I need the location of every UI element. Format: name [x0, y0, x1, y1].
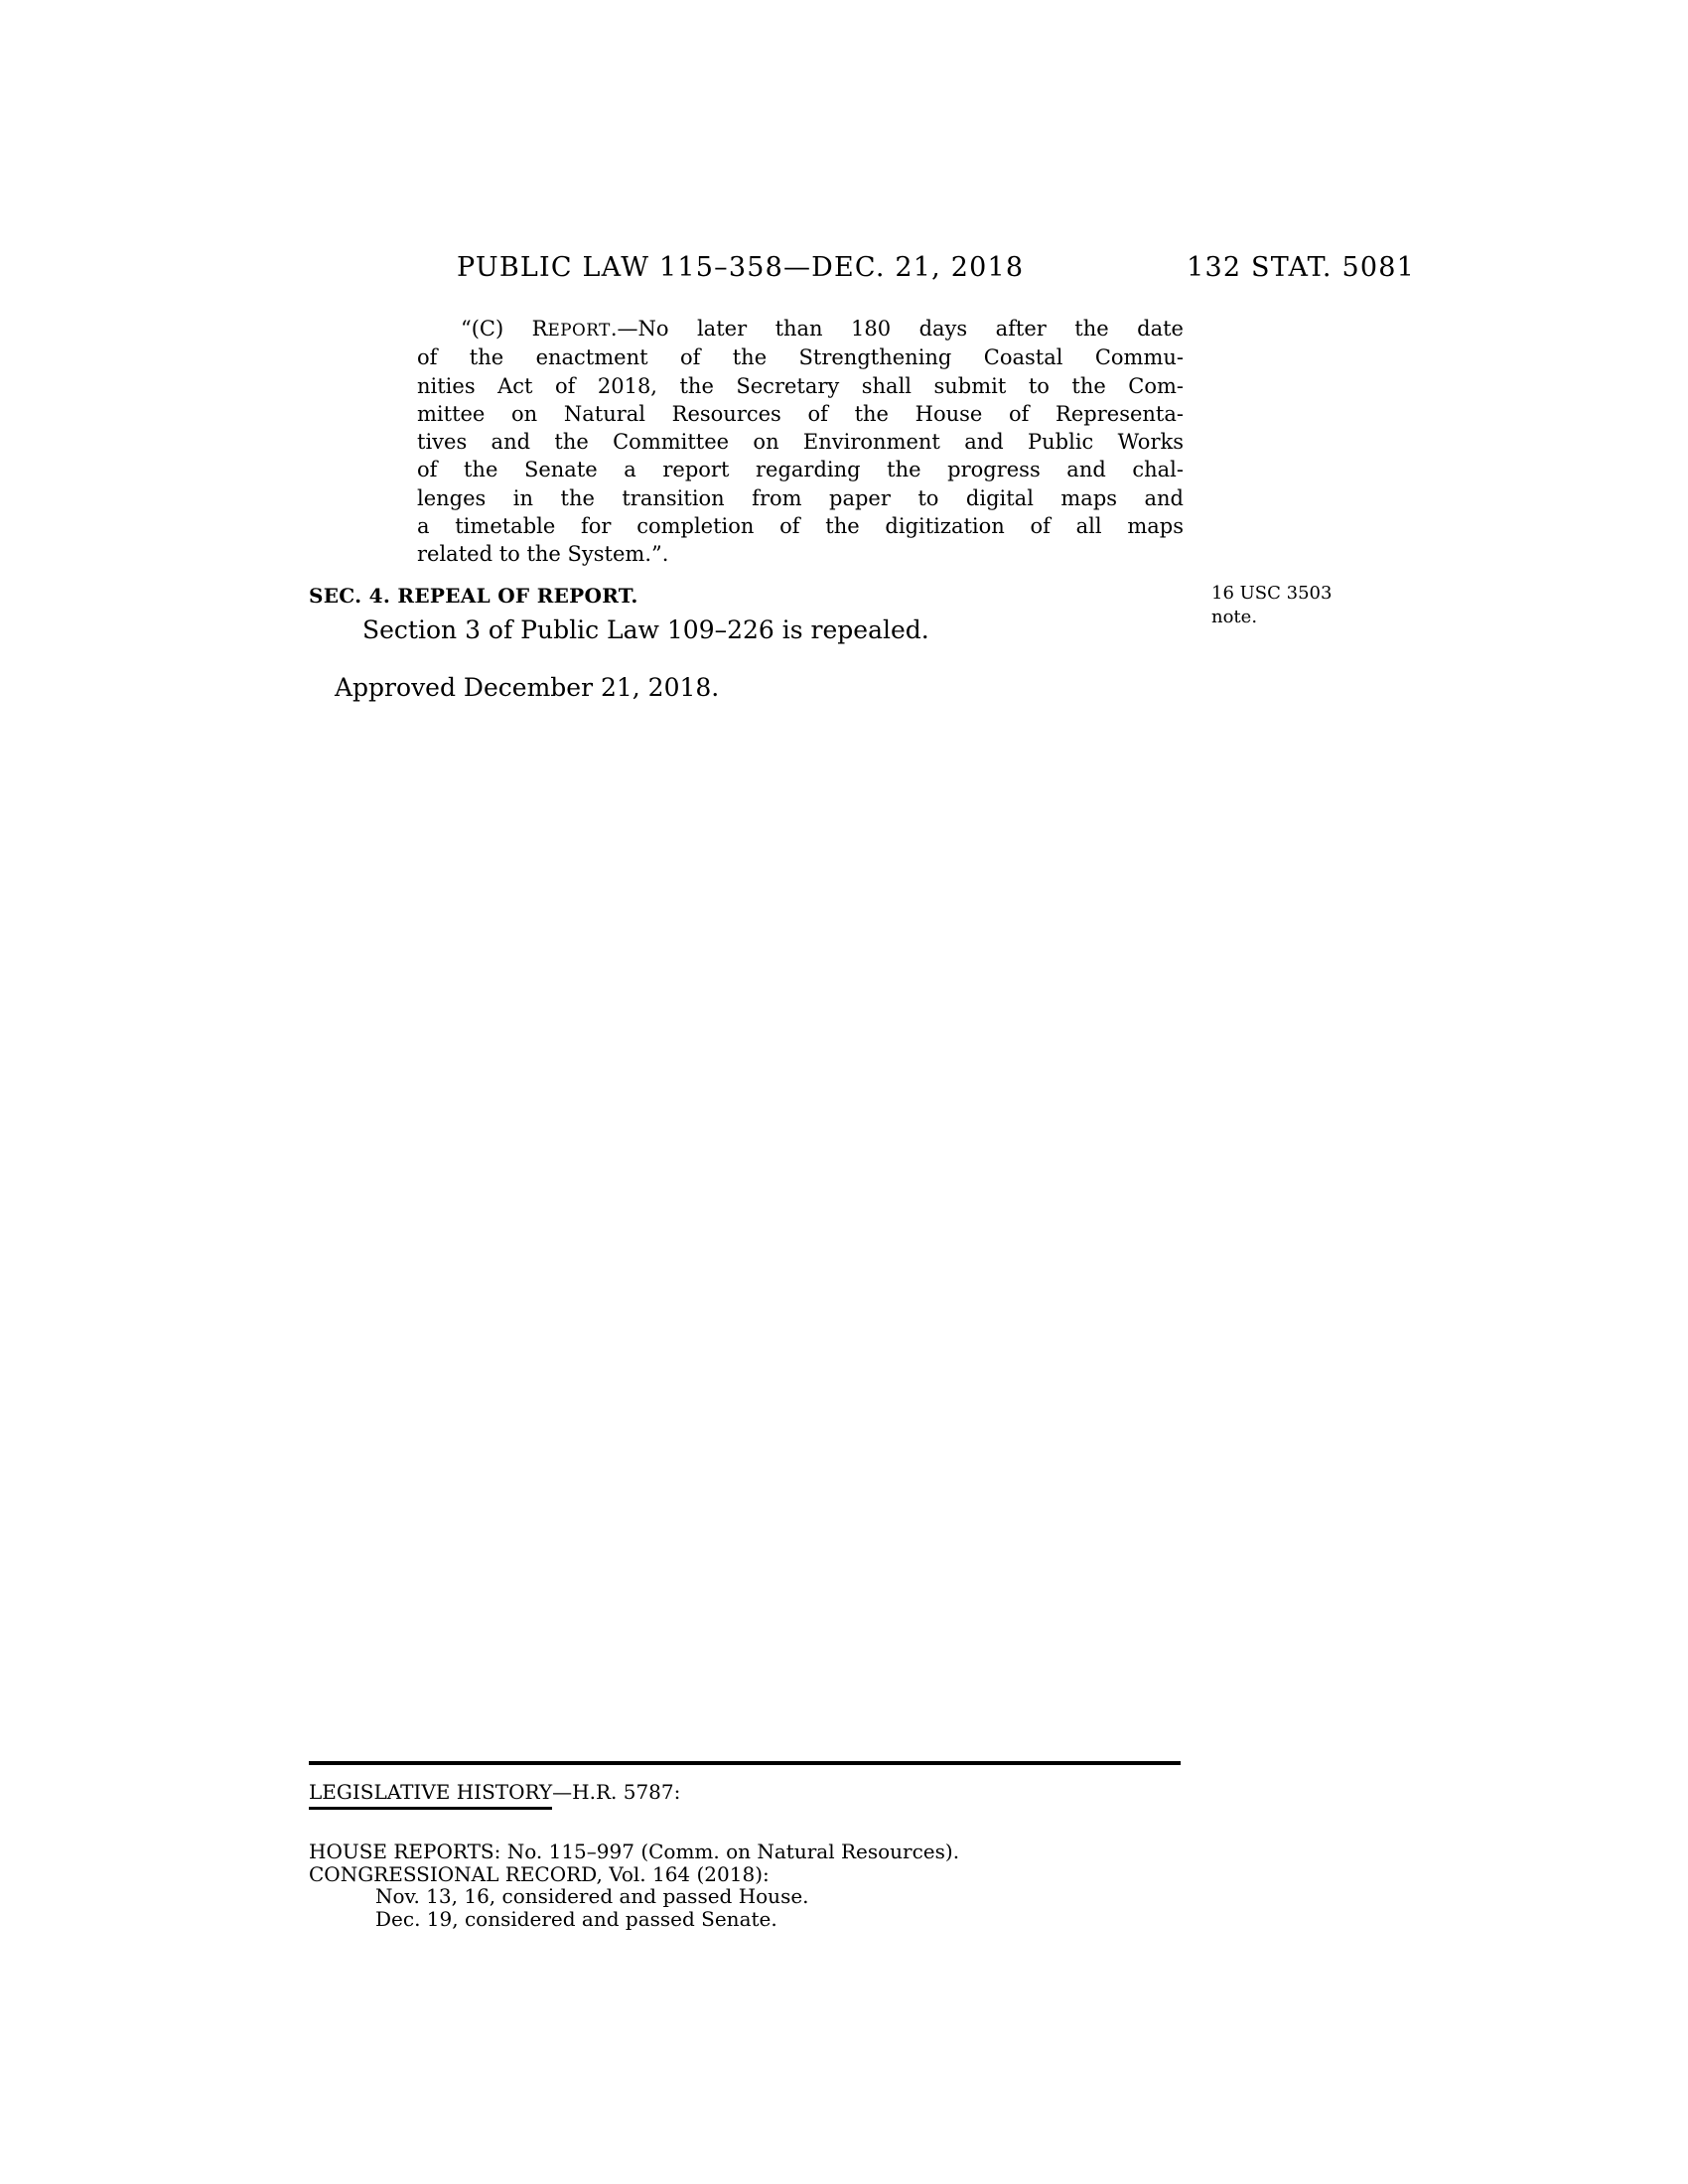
congressional-record-line: CONGRESSIONAL RECORD, Vol. 164 (2018): — [309, 1863, 959, 1886]
legislative-history-title-underlined: LEGISLATIVE HISTORY — [309, 1780, 552, 1810]
quoted-line-3: nities Act of 2018, the Secretary shall … — [417, 372, 1184, 400]
quoted-line-7: lenges in the transition from paper to d… — [417, 484, 1184, 512]
section-4-body: Section 3 of Public Law 109–226 is repea… — [362, 615, 929, 644]
quoted-line-1-smallcaps: EPORT — [547, 320, 610, 340]
usc-margin-note-line-2: note. — [1211, 606, 1332, 629]
record-entry-senate: Dec. 19, considered and passed Senate. — [309, 1908, 959, 1931]
quoted-line-5: tives and the Committee on Environment a… — [417, 428, 1184, 456]
legislative-history-body: HOUSE REPORTS: No. 115–997 (Comm. on Nat… — [309, 1841, 959, 1930]
quoted-line-4: mittee on Natural Resources of the House… — [417, 400, 1184, 428]
legislative-history-rule — [309, 1761, 1181, 1765]
house-reports-line: HOUSE REPORTS: No. 115–997 (Comm. on Nat… — [309, 1841, 959, 1863]
quoted-line-1: “(C) REPORT.—No later than 180 days afte… — [417, 315, 1184, 343]
quoted-line-8: a timetable for completion of the digiti… — [417, 512, 1184, 540]
quoted-line-9: related to the System.”. — [417, 540, 1184, 568]
usc-margin-note: 16 USC 3503 note. — [1211, 582, 1332, 629]
quoted-line-2: of the enactment of the Strengthening Co… — [417, 343, 1184, 371]
legislative-history-title: LEGISLATIVE HISTORY—H.R. 5787: — [309, 1780, 680, 1810]
quoted-line-1-prefix: “(C) R — [461, 317, 547, 341]
quoted-line-6: of the Senate a report regarding the pro… — [417, 456, 1184, 483]
quoted-line-1-suffix: .—No later than 180 days after the date — [611, 317, 1184, 341]
quoted-amendment-block: “(C) REPORT.—No later than 180 days afte… — [417, 315, 1184, 569]
usc-margin-note-line-1: 16 USC 3503 — [1211, 582, 1332, 606]
stat-page-number: 132 STAT. 5081 — [1142, 252, 1415, 283]
approval-line: Approved December 21, 2018. — [335, 673, 719, 702]
record-entry-house: Nov. 13, 16, considered and passed House… — [309, 1885, 959, 1908]
statute-page: PUBLIC LAW 115–358—DEC. 21, 2018 132 STA… — [0, 0, 1688, 2184]
section-4-heading: SEC. 4. REPEAL OF REPORT. — [309, 584, 638, 608]
running-head-title: PUBLIC LAW 115–358—DEC. 21, 2018 — [457, 252, 1024, 283]
legislative-history-title-rest: —H.R. 5787: — [552, 1780, 680, 1804]
